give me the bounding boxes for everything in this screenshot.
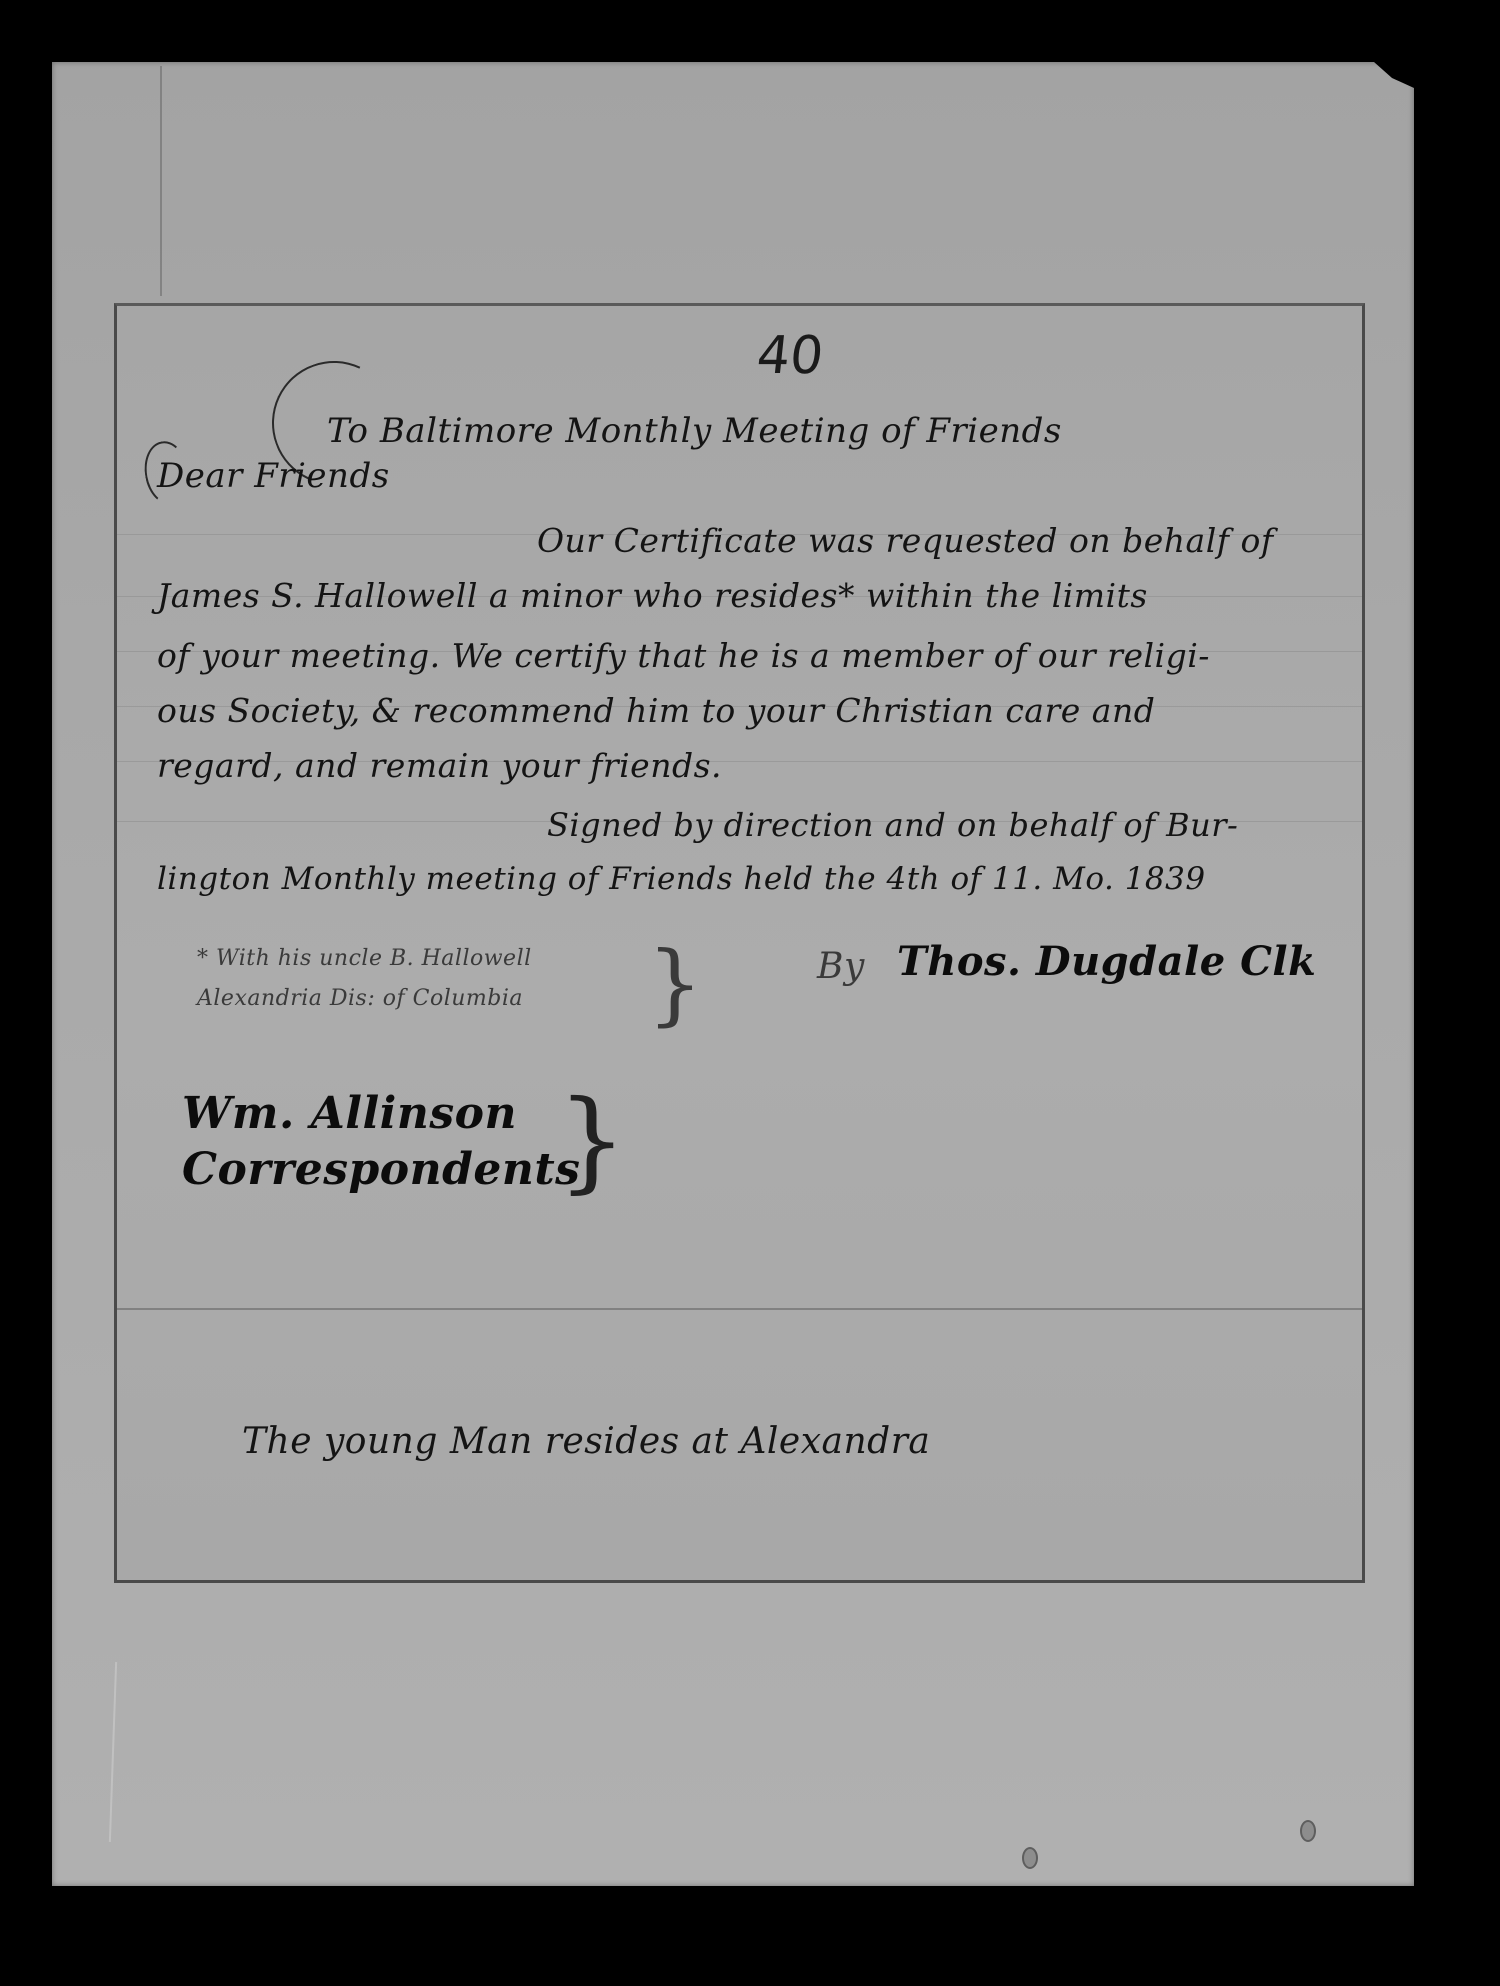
fold-line: [117, 1308, 1362, 1310]
paper-stain: [1022, 1847, 1038, 1869]
body-line: James S. Hallowell a minor who resides* …: [157, 576, 1148, 615]
body-line: regard, and remain your friends.: [157, 746, 722, 785]
body-line: of your meeting. We certify that he is a…: [157, 636, 1210, 675]
address-line: To Baltimore Monthly Meeting of Friends: [327, 411, 1062, 451]
endorsement-line: The young Man resides at Alexandra: [242, 1421, 930, 1462]
mount-crease: [109, 1662, 117, 1842]
page-number: 40: [754, 326, 826, 386]
footnote-brace: }: [647, 932, 703, 1035]
footnote-line: * With his uncle B. Hallowell: [197, 946, 532, 971]
clerk-prefix: By: [817, 946, 865, 987]
signing-line: Signed by direction and on behalf of Bur…: [547, 806, 1238, 844]
correspondent-title: Correspondents: [182, 1144, 580, 1195]
paper-stain: [838, 1898, 856, 1922]
clerk-signature: Thos. Dugdale Clk: [897, 938, 1316, 985]
footnote-line: Alexandria Dis: of Columbia: [197, 986, 523, 1011]
correspondent-name: Wm. Allinson: [182, 1088, 517, 1139]
letter-sheet: 40 To Baltimore Monthly Meeting of Frien…: [114, 303, 1365, 1583]
salutation: Dear Friends: [157, 456, 390, 496]
body-line: Our Certificate was requested on behalf …: [537, 521, 1274, 560]
signature-brace: }: [557, 1076, 627, 1204]
paper-stain: [1300, 1820, 1316, 1842]
mount-crease: [160, 66, 162, 296]
body-line: ous Society, & recommend him to your Chr…: [157, 691, 1155, 730]
signing-line: lington Monthly meeting of Friends held …: [157, 861, 1206, 897]
